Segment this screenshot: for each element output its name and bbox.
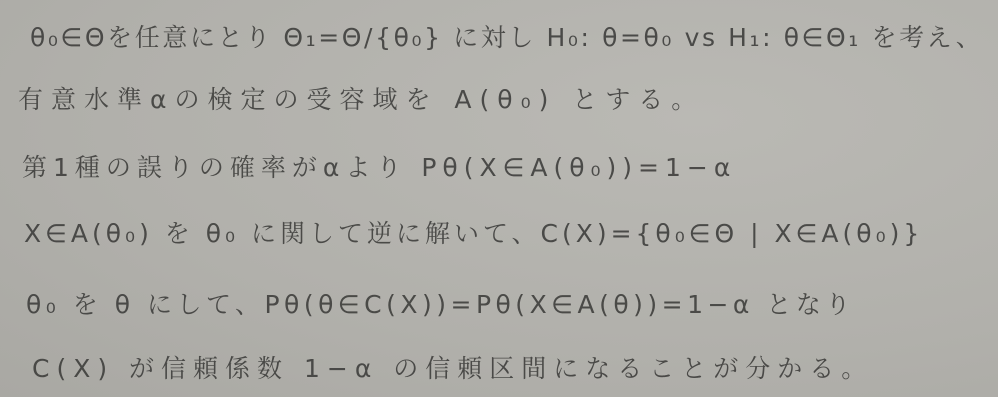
note-line-4: X∈A(θ₀) を θ₀ に関して逆に解いて、C(X)={θ₀∈Θ | X∈A(… [24,214,923,250]
note-line-1: θ₀∈Θを任意にとり Θ₁=Θ/{θ₀} に対し H₀: θ=θ₀ vs H₁:… [30,18,983,54]
note-line-5: θ₀ を θ にして、Pθ(θ∈C(X))=Pθ(X∈A(θ))=1−α となり [26,285,855,321]
handwritten-page: θ₀∈Θを任意にとり Θ₁=Θ/{θ₀} に対し H₀: θ=θ₀ vs H₁:… [0,0,998,397]
note-line-6: C(X) が信頼係数 1−α の信頼区間になることが分かる。 [32,349,873,385]
note-line-3: 第1種の誤りの確率がαより Pθ(X∈A(θ₀))=1−α [22,148,736,184]
note-line-2: 有意水準αの検定の受容域を A(θ₀) とする。 [18,80,704,116]
